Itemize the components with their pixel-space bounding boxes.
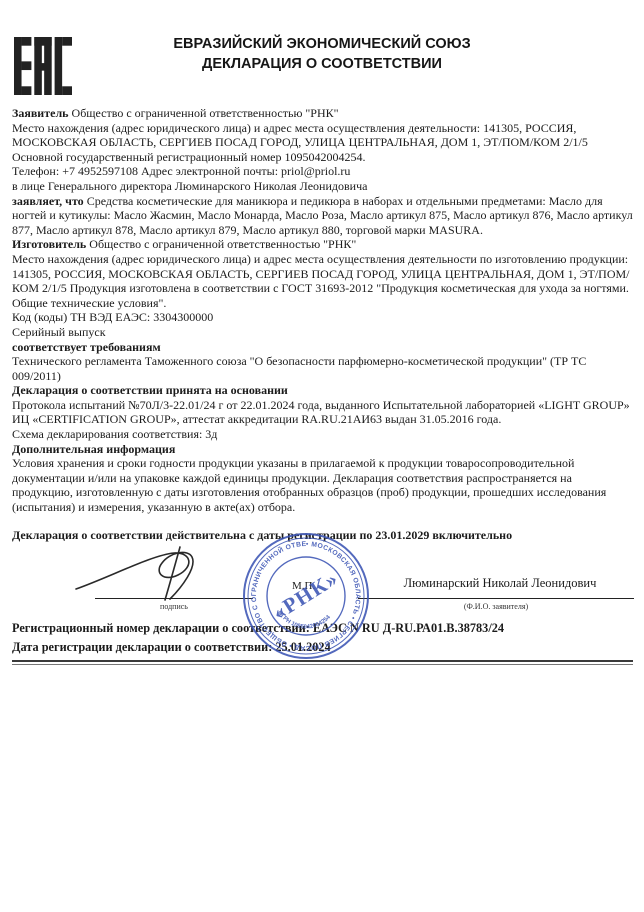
signature-line bbox=[95, 598, 253, 599]
registration-date-label: Дата регистрации декларации о соответств… bbox=[12, 640, 272, 654]
paragraph-regulation: Технического регламента Таможенного союз… bbox=[12, 354, 633, 383]
registration-number-line: Регистрационный номер декларации о соотв… bbox=[12, 620, 633, 637]
stamp-center-text: «РНК» bbox=[268, 566, 343, 625]
paragraph-additional-heading: Дополнительная информация bbox=[12, 442, 633, 457]
paragraph-serial: Серийный выпуск bbox=[12, 325, 633, 340]
registration-number-value: ЕАЭС N RU Д-RU.РА01.В.38783/24 bbox=[310, 621, 504, 635]
paragraph-manufacturer: Изготовитель Общество с ограниченной отв… bbox=[12, 237, 633, 252]
paragraph-scheme: Схема декларирования соответствия: 3д bbox=[12, 427, 633, 442]
signature-block: подпись М.П. • МОСКОВСКАЯ ОБЛАСТЬ • СЕРГ… bbox=[12, 546, 633, 618]
registration-date-line: Дата регистрации декларации о соответств… bbox=[12, 639, 633, 656]
signature-caption: подпись bbox=[95, 600, 253, 615]
document-body: Заявитель Общество с ограниченной ответс… bbox=[12, 106, 633, 665]
handwritten-signature bbox=[70, 542, 240, 602]
paragraph-contacts: Телефон: +7 4952597108 Адрес электронной… bbox=[12, 164, 633, 179]
paragraph-complies-heading: соответствует требованиям bbox=[12, 340, 633, 355]
paragraph-applicant-address: Место нахождения (адрес юридического лиц… bbox=[12, 121, 633, 150]
paragraph-manufacturer-address: Место нахождения (адрес юридического лиц… bbox=[12, 252, 633, 310]
paragraph-director: в лице Генерального директора Люминарско… bbox=[12, 179, 633, 194]
paragraph-tnved-code: Код (коды) ТН ВЭД ЕАЭС: 3304300000 bbox=[12, 310, 633, 325]
declarant-name-caption: (Ф.И.О. заявителя) bbox=[358, 600, 634, 615]
bottom-divider bbox=[12, 660, 633, 665]
union-title: ЕВРАЗИЙСКИЙ ЭКОНОМИЧЕСКИЙ СОЮЗ bbox=[0, 34, 644, 54]
declarant-name: Люминарский Николай Леонидович bbox=[358, 576, 642, 591]
validity-line: Декларация о соответствии действительна … bbox=[12, 528, 633, 543]
paragraph-product: заявляет, что Средства косметические для… bbox=[12, 194, 633, 238]
paragraph-basis-heading: Декларация о соответствии принята на осн… bbox=[12, 383, 633, 398]
declarant-name-line bbox=[358, 598, 634, 599]
paragraph-ogrn: Основной государственный регистрационный… bbox=[12, 150, 633, 165]
paragraph-test-protocol: Протокола испытаний №70Л/3-22.01/24 г от… bbox=[12, 398, 633, 427]
declaration-document-page: { "colors": { "stamp_blue": "#3c55b4", "… bbox=[0, 0, 644, 912]
registration-number-label: Регистрационный номер декларации о соотв… bbox=[12, 621, 310, 635]
paragraph-storage-conditions: Условия хранения и сроки годности продук… bbox=[12, 456, 633, 514]
registration-date-value: 25.01.2024 bbox=[272, 640, 330, 654]
document-header: ЕВРАЗИЙСКИЙ ЭКОНОМИЧЕСКИЙ СОЮЗ ДЕКЛАРАЦИ… bbox=[0, 34, 644, 74]
stamp-place-label: М.П. bbox=[292, 579, 315, 594]
document-title: ДЕКЛАРАЦИЯ О СООТВЕТСТВИИ bbox=[0, 54, 644, 74]
paragraph-applicant: Заявитель Общество с ограниченной ответс… bbox=[12, 106, 633, 121]
